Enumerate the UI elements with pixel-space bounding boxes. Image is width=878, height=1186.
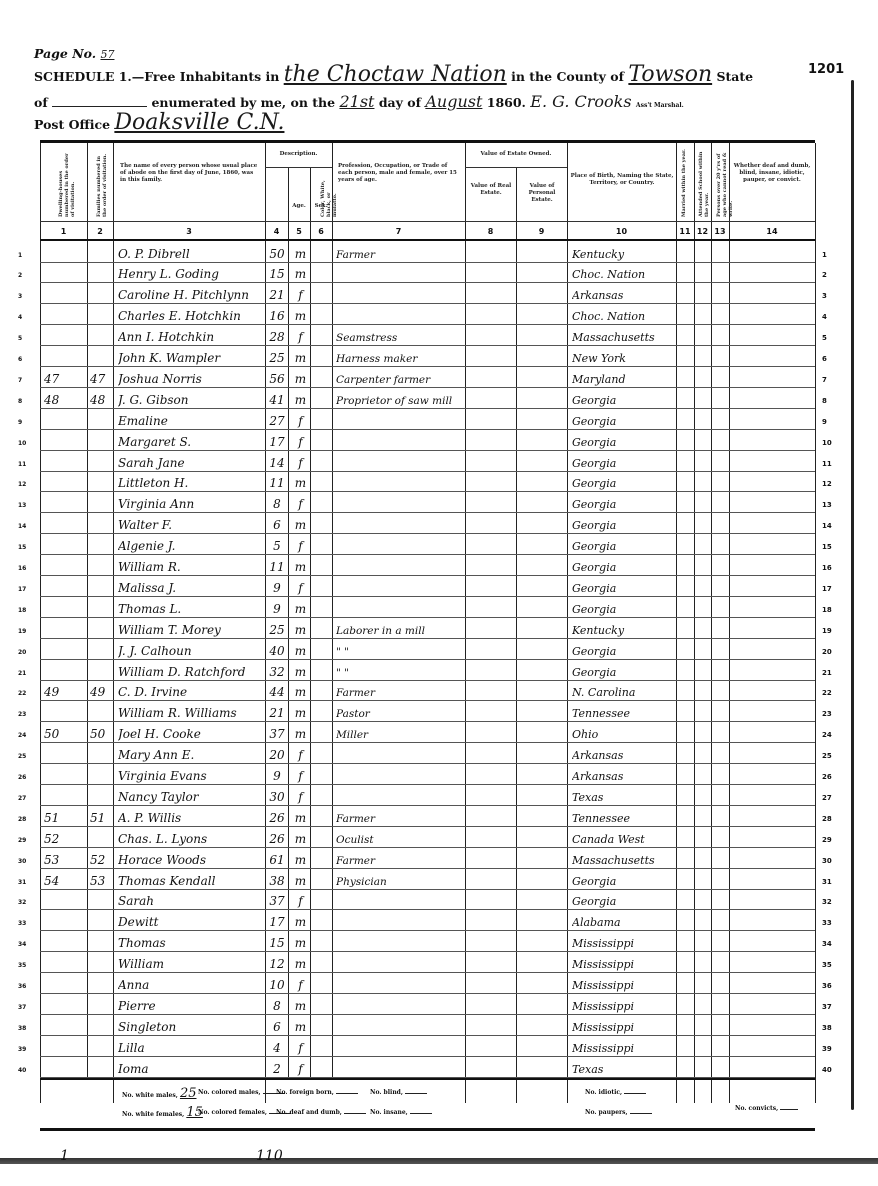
post-office-name: Doaksville C.N.: [114, 110, 284, 135]
table-row: 3939Lilla4fMississippi: [40, 1035, 815, 1057]
person-occupation: Laborer in a mill: [336, 625, 464, 637]
person-age: 27: [267, 414, 287, 428]
person-name: Lilla: [118, 1041, 264, 1055]
person-name: William R. Williams: [118, 706, 264, 720]
of-label: of: [34, 95, 48, 110]
table-row: 1717Malissa J.9fGeorgia: [40, 575, 815, 597]
person-name: Algenie J.: [118, 539, 264, 553]
person-sex: m: [292, 247, 309, 261]
line-number-right: 16: [822, 564, 832, 572]
family-number: 49: [90, 685, 112, 699]
col-num-12: 12: [694, 227, 711, 236]
line-number-right: 25: [822, 752, 832, 760]
line-number: 29: [18, 837, 26, 844]
line-number-right: 13: [822, 501, 832, 509]
family-number: 48: [90, 393, 112, 407]
person-sex: f: [292, 414, 309, 428]
family-number: 50: [90, 727, 112, 741]
bottom-mark-mid: 110: [256, 1148, 283, 1164]
dwelling-number: 48: [44, 393, 84, 407]
col-11-header: Married within the year.: [681, 149, 687, 217]
person-name: Singleton: [118, 1020, 264, 1034]
col-6-header: Color, White, black, or mulatto.: [320, 171, 338, 217]
person-name: Nancy Taylor: [118, 790, 264, 804]
table-row: 11O. P. Dibrell50mFarmerKentucky: [40, 241, 815, 263]
person-sex: m: [292, 853, 309, 867]
line-number: 12: [18, 481, 26, 488]
person-birthplace: Georgia: [572, 457, 675, 470]
dwelling-number: 51: [44, 811, 84, 825]
person-occupation: " ": [336, 667, 464, 679]
line-number: 24: [18, 732, 26, 739]
enumeration-line: of enumerated by me, on the 21st day of …: [34, 92, 684, 111]
person-birthplace: N. Carolina: [572, 686, 675, 699]
line-number-right: 4: [822, 313, 827, 321]
line-number: 39: [18, 1046, 26, 1053]
state-blank: [52, 106, 147, 107]
col-num-13: 13: [711, 227, 729, 236]
person-age: 10: [267, 978, 287, 992]
person-age: 15: [267, 936, 287, 950]
line-number: 16: [18, 565, 26, 572]
family-number: 47: [90, 372, 112, 386]
person-name: Henry L. Goding: [118, 267, 264, 281]
family-number: 52: [90, 853, 112, 867]
line-number: 37: [18, 1004, 26, 1011]
person-age: 41: [267, 393, 287, 407]
table-row: 3434Thomas15mMississippi: [40, 931, 815, 953]
person-age: 6: [267, 1020, 287, 1034]
line-number: 10: [18, 440, 26, 447]
person-birthplace: Mississippi: [572, 1000, 675, 1013]
col-num-8: 8: [465, 227, 516, 236]
bottom-mark-left: 1: [60, 1148, 69, 1164]
person-name: Sarah: [118, 894, 264, 908]
line-number: 19: [18, 628, 26, 635]
line-number-right: 30: [822, 857, 832, 865]
person-birthplace: Georgia: [572, 477, 675, 490]
person-occupation: Farmer: [336, 813, 464, 825]
person-sex: m: [292, 393, 309, 407]
line-number-right: 9: [822, 418, 827, 426]
person-name: Dewitt: [118, 915, 264, 929]
line-number-right: 1: [822, 251, 827, 259]
person-name: Pierre: [118, 999, 264, 1013]
person-birthplace: Georgia: [572, 498, 675, 511]
line-number: 32: [18, 899, 26, 906]
enumeration-year: 1860.: [487, 95, 526, 110]
col-14-header: Whether deaf and dumb, blind, insane, id…: [732, 163, 812, 184]
table-row: 55Ann I. Hotchkin28fSeamstressMassachuse…: [40, 325, 815, 347]
line-number: 30: [18, 858, 26, 865]
line-number: 38: [18, 1025, 26, 1032]
line-number-right: 12: [822, 480, 832, 488]
line-number-right: 20: [822, 648, 832, 656]
person-age: 20: [267, 748, 287, 762]
person-name: Virginia Ann: [118, 497, 264, 511]
dwelling-number: 54: [44, 874, 84, 888]
census-page: 1201 Page No. 57 SCHEDULE 1.—Free Inhabi…: [0, 0, 878, 1186]
person-age: 32: [267, 665, 287, 679]
table-row: 33Caroline H. Pitchlynn21fArkansas: [40, 283, 815, 305]
person-age: 2: [267, 1062, 287, 1076]
line-number-right: 32: [822, 898, 832, 906]
person-age: 8: [267, 999, 287, 1013]
table-row: 1414Walter F.6mGeorgia: [40, 513, 815, 535]
person-name: John K. Wampler: [118, 351, 264, 365]
table-row: 4040Ioma2fTexas: [40, 1056, 815, 1078]
blind-count: No. blind,: [370, 1089, 427, 1096]
colored-males-count: No. colored males,: [198, 1089, 285, 1096]
person-occupation: " ": [336, 646, 464, 658]
table-row: 99Emaline27fGeorgia: [40, 408, 815, 430]
census-table: Description. Value of Estate Owned. Dwel…: [40, 140, 815, 1103]
line-number: 7: [18, 377, 22, 384]
person-birthplace: Maryland: [572, 373, 675, 386]
person-age: 28: [267, 330, 287, 344]
line-number: 15: [18, 544, 26, 551]
person-name: Littleton H.: [118, 476, 264, 490]
person-name: Charles E. Hotchkin: [118, 309, 264, 323]
line-number-right: 27: [822, 794, 832, 802]
person-name: Anna: [118, 978, 264, 992]
person-sex: f: [292, 539, 309, 553]
person-birthplace: Georgia: [572, 875, 675, 888]
page-stamp: 1201: [808, 62, 844, 77]
dwelling-number: 53: [44, 853, 84, 867]
table-row: 3737Pierre8mMississippi: [40, 993, 815, 1015]
person-sex: m: [292, 309, 309, 323]
person-age: 9: [267, 602, 287, 616]
line-number: 35: [18, 962, 26, 969]
line-number-right: 19: [822, 627, 832, 635]
person-age: 6: [267, 518, 287, 532]
person-occupation: Farmer: [336, 249, 464, 261]
table-row: 3636Anna10fMississippi: [40, 973, 815, 995]
person-occupation: Carpenter farmer: [336, 374, 464, 386]
person-sex: m: [292, 267, 309, 281]
table-row: 2626Virginia Evans9fArkansas: [40, 764, 815, 786]
table-row: 3535William12mMississippi: [40, 952, 815, 974]
line-number: 23: [18, 711, 26, 718]
person-age: 61: [267, 853, 287, 867]
person-birthplace: Mississippi: [572, 1021, 675, 1034]
line-number: 13: [18, 502, 26, 509]
table-row: 3232Sarah37fGeorgia: [40, 889, 815, 911]
line-number-right: 39: [822, 1045, 832, 1053]
line-number-right: 37: [822, 1003, 832, 1011]
person-sex: m: [292, 351, 309, 365]
page-edge: [851, 80, 854, 1110]
person-sex: m: [292, 560, 309, 574]
table-row: 30305352Horace Woods61mFarmerMassachuset…: [40, 847, 815, 869]
table-row: 1818Thomas L.9mGeorgia: [40, 596, 815, 618]
person-name: Virginia Evans: [118, 769, 264, 783]
person-age: 14: [267, 456, 287, 470]
line-number: 4: [18, 314, 22, 321]
col-num-4: 4: [265, 227, 288, 236]
line-number: 21: [18, 670, 26, 677]
day-of-label: day of: [379, 95, 421, 110]
paupers-count: No. paupers,: [585, 1109, 652, 1116]
person-birthplace: Tennessee: [572, 812, 675, 825]
person-name: Joel H. Cooke: [118, 727, 264, 741]
insane-count: No. insane,: [370, 1109, 432, 1116]
person-birthplace: Georgia: [572, 436, 675, 449]
person-sex: m: [292, 832, 309, 846]
table-row: 292952Chas. L. Lyons26mOculistCanada Wes…: [40, 826, 815, 848]
person-occupation: Pastor: [336, 708, 464, 720]
white-males-count: No. white males, 25: [122, 1086, 196, 1101]
page-number-label: Page No.: [34, 46, 96, 61]
deaf-dumb-count: No. deaf and dumb,: [276, 1109, 366, 1116]
line-number-right: 22: [822, 689, 832, 697]
person-age: 56: [267, 372, 287, 386]
person-name: William R.: [118, 560, 264, 574]
table-row: 2121William D. Ratchford32m" "Georgia: [40, 659, 815, 681]
person-age: 15: [267, 267, 287, 281]
state-label: State: [716, 69, 753, 84]
person-age: 9: [267, 769, 287, 783]
col-num-14: 14: [729, 227, 815, 236]
person-name: Walter F.: [118, 518, 264, 532]
col-7-header: Profession, Occupation, or Trade of each…: [338, 163, 460, 184]
person-sex: m: [292, 706, 309, 720]
value-estate-group-header: Value of Estate Owned.: [465, 151, 567, 158]
person-age: 9: [267, 581, 287, 595]
line-number-right: 31: [822, 878, 832, 886]
person-name: Chas. L. Lyons: [118, 832, 264, 846]
line-number: 31: [18, 879, 26, 886]
table-row: 44Charles E. Hotchkin16mChoc. Nation: [40, 304, 815, 326]
person-sex: m: [292, 915, 309, 929]
line-number: 18: [18, 607, 26, 614]
person-sex: m: [292, 685, 309, 699]
description-group-header: Description.: [265, 151, 332, 158]
person-name: Sarah Jane: [118, 456, 264, 470]
line-number: 2: [18, 272, 22, 279]
table-row: 2727Nancy Taylor30fTexas: [40, 784, 815, 806]
foreign-born-count: No. foreign born,: [276, 1089, 358, 1096]
line-number-right: 40: [822, 1066, 832, 1074]
person-age: 50: [267, 247, 287, 261]
person-occupation: Harness maker: [336, 353, 464, 365]
person-birthplace: Alabama: [572, 916, 675, 929]
person-sex: m: [292, 936, 309, 950]
person-name: A. P. Willis: [118, 811, 264, 825]
col-num-3: 3: [113, 227, 265, 236]
person-birthplace: Massachusetts: [572, 331, 675, 344]
person-birthplace: Arkansas: [572, 770, 675, 783]
person-name: Emaline: [118, 414, 264, 428]
person-name: Thomas Kendall: [118, 874, 264, 888]
col-1-header: Dwelling-houses numbered in the order of…: [58, 149, 76, 217]
table-row: 1515Algenie J.5fGeorgia: [40, 534, 815, 556]
person-name: Joshua Norris: [118, 372, 264, 386]
table-row: 1919William T. Morey25mLaborer in a mill…: [40, 617, 815, 639]
person-age: 17: [267, 915, 287, 929]
line-number-right: 8: [822, 397, 827, 405]
person-age: 40: [267, 644, 287, 658]
person-occupation: Farmer: [336, 687, 464, 699]
person-age: 5: [267, 539, 287, 553]
person-sex: m: [292, 1020, 309, 1034]
dwelling-number: 49: [44, 685, 84, 699]
line-number-right: 33: [822, 919, 832, 927]
person-age: 37: [267, 727, 287, 741]
person-name: William D. Ratchford: [118, 665, 264, 679]
person-name: William T. Morey: [118, 623, 264, 637]
person-birthplace: Georgia: [572, 603, 675, 616]
county-label: in the County of: [511, 69, 624, 84]
person-birthplace: Georgia: [572, 394, 675, 407]
person-sex: f: [292, 330, 309, 344]
person-occupation: Farmer: [336, 855, 464, 867]
person-age: 11: [267, 560, 287, 574]
person-sex: f: [292, 748, 309, 762]
person-age: 17: [267, 435, 287, 449]
col-12-header: Attended School within the year.: [698, 149, 710, 217]
person-birthplace: Canada West: [572, 833, 675, 846]
enumeration-month: August: [425, 92, 482, 111]
line-number: 1: [18, 252, 22, 259]
person-birthplace: Georgia: [572, 540, 675, 553]
col-num-5: 5: [288, 227, 310, 236]
person-sex: m: [292, 665, 309, 679]
col-num-6: 6: [310, 227, 332, 236]
table-row: 24245050Joel H. Cooke37mMillerOhio: [40, 722, 815, 744]
person-birthplace: Mississippi: [572, 979, 675, 992]
person-sex: m: [292, 518, 309, 532]
line-number: 11: [18, 461, 26, 468]
enumerated-label: enumerated by me, on the: [151, 95, 335, 110]
person-age: 11: [267, 476, 287, 490]
line-number: 27: [18, 795, 26, 802]
col-8-header: Value of Real Estate.: [468, 183, 514, 197]
person-occupation: Proprietor of saw mill: [336, 395, 464, 407]
line-number-right: 23: [822, 710, 832, 718]
line-number: 5: [18, 335, 22, 342]
person-sex: m: [292, 623, 309, 637]
person-age: 25: [267, 623, 287, 637]
line-number: 33: [18, 920, 26, 927]
col-num-11: 11: [676, 227, 694, 236]
person-age: 44: [267, 685, 287, 699]
post-office-line: Post Office Doaksville C.N.: [34, 110, 284, 135]
line-number-right: 21: [822, 669, 832, 677]
person-sex: f: [292, 769, 309, 783]
person-sex: m: [292, 999, 309, 1013]
line-number-right: 24: [822, 731, 832, 739]
idiotic-count: No. idiotic,: [585, 1089, 646, 1096]
person-sex: f: [292, 790, 309, 804]
person-name: Malissa J.: [118, 581, 264, 595]
line-number-right: 36: [822, 982, 832, 990]
person-name: Mary Ann E.: [118, 748, 264, 762]
person-sex: f: [292, 1062, 309, 1076]
person-name: C. D. Irvine: [118, 685, 264, 699]
person-occupation: Physician: [336, 876, 464, 888]
person-sex: f: [292, 288, 309, 302]
person-birthplace: New York: [572, 352, 675, 365]
col-3-header: The name of every person whose usual pla…: [120, 163, 260, 184]
person-sex: f: [292, 581, 309, 595]
col-num-9: 9: [516, 227, 567, 236]
person-sex: m: [292, 727, 309, 741]
line-number: 6: [18, 356, 22, 363]
person-age: 26: [267, 832, 287, 846]
line-number-right: 17: [822, 585, 832, 593]
person-occupation: Oculist: [336, 834, 464, 846]
person-sex: f: [292, 456, 309, 470]
person-name: J. J. Calhoun: [118, 644, 264, 658]
person-birthplace: Choc. Nation: [572, 268, 675, 281]
person-birthplace: Georgia: [572, 519, 675, 532]
line-number: 9: [18, 419, 22, 426]
white-females-count: No. white females, 15: [122, 1105, 203, 1120]
person-birthplace: Massachusetts: [572, 854, 675, 867]
person-name: Margaret S.: [118, 435, 264, 449]
person-age: 12: [267, 957, 287, 971]
line-number: 26: [18, 774, 26, 781]
line-number-right: 2: [822, 271, 827, 279]
person-sex: m: [292, 957, 309, 971]
line-number-right: 34: [822, 940, 832, 948]
person-sex: m: [292, 372, 309, 386]
person-birthplace: Arkansas: [572, 289, 675, 302]
person-age: 4: [267, 1041, 287, 1055]
col-num-7: 7: [332, 227, 465, 236]
line-number: 34: [18, 941, 26, 948]
line-number-right: 10: [822, 439, 832, 447]
person-age: 21: [267, 706, 287, 720]
line-number: 8: [18, 398, 22, 405]
col-num-1: 1: [40, 227, 87, 236]
person-birthplace: Tennessee: [572, 707, 675, 720]
table-row: 22224949C. D. Irvine44mFarmerN. Carolina: [40, 680, 815, 702]
line-number: 20: [18, 649, 26, 656]
line-number: 36: [18, 983, 26, 990]
person-name: Ioma: [118, 1062, 264, 1076]
dwelling-number: 52: [44, 832, 84, 846]
person-sex: m: [292, 811, 309, 825]
line-number-right: 15: [822, 543, 832, 551]
line-number-right: 26: [822, 773, 832, 781]
person-age: 25: [267, 351, 287, 365]
post-office-label: Post Office: [34, 117, 110, 132]
line-number-right: 5: [822, 334, 827, 342]
enumerator-name: E. G. Crooks: [530, 92, 631, 111]
line-number-right: 3: [822, 292, 827, 300]
table-row: 1010Margaret S.17fGeorgia: [40, 429, 815, 451]
line-number: 3: [18, 293, 22, 300]
schedule-line: SCHEDULE 1.—Free Inhabitants in the Choc…: [34, 62, 753, 87]
person-sex: f: [292, 435, 309, 449]
line-number: 40: [18, 1067, 26, 1074]
table-row: 1111Sarah Jane14fGeorgia: [40, 450, 815, 472]
col-4-header: Age.: [288, 203, 310, 210]
family-number: 53: [90, 874, 112, 888]
person-occupation: Seamstress: [336, 332, 464, 344]
person-name: Caroline H. Pitchlynn: [118, 288, 264, 302]
person-birthplace: Texas: [572, 791, 675, 804]
schedule-label: SCHEDULE 1.—Free Inhabitants in: [34, 69, 279, 84]
table-row: 2323William R. Williams21mPastorTennesse…: [40, 701, 815, 723]
line-number-right: 7: [822, 376, 827, 384]
person-name: William: [118, 957, 264, 971]
page-bottom-edge: [0, 1158, 878, 1164]
person-sex: m: [292, 476, 309, 490]
